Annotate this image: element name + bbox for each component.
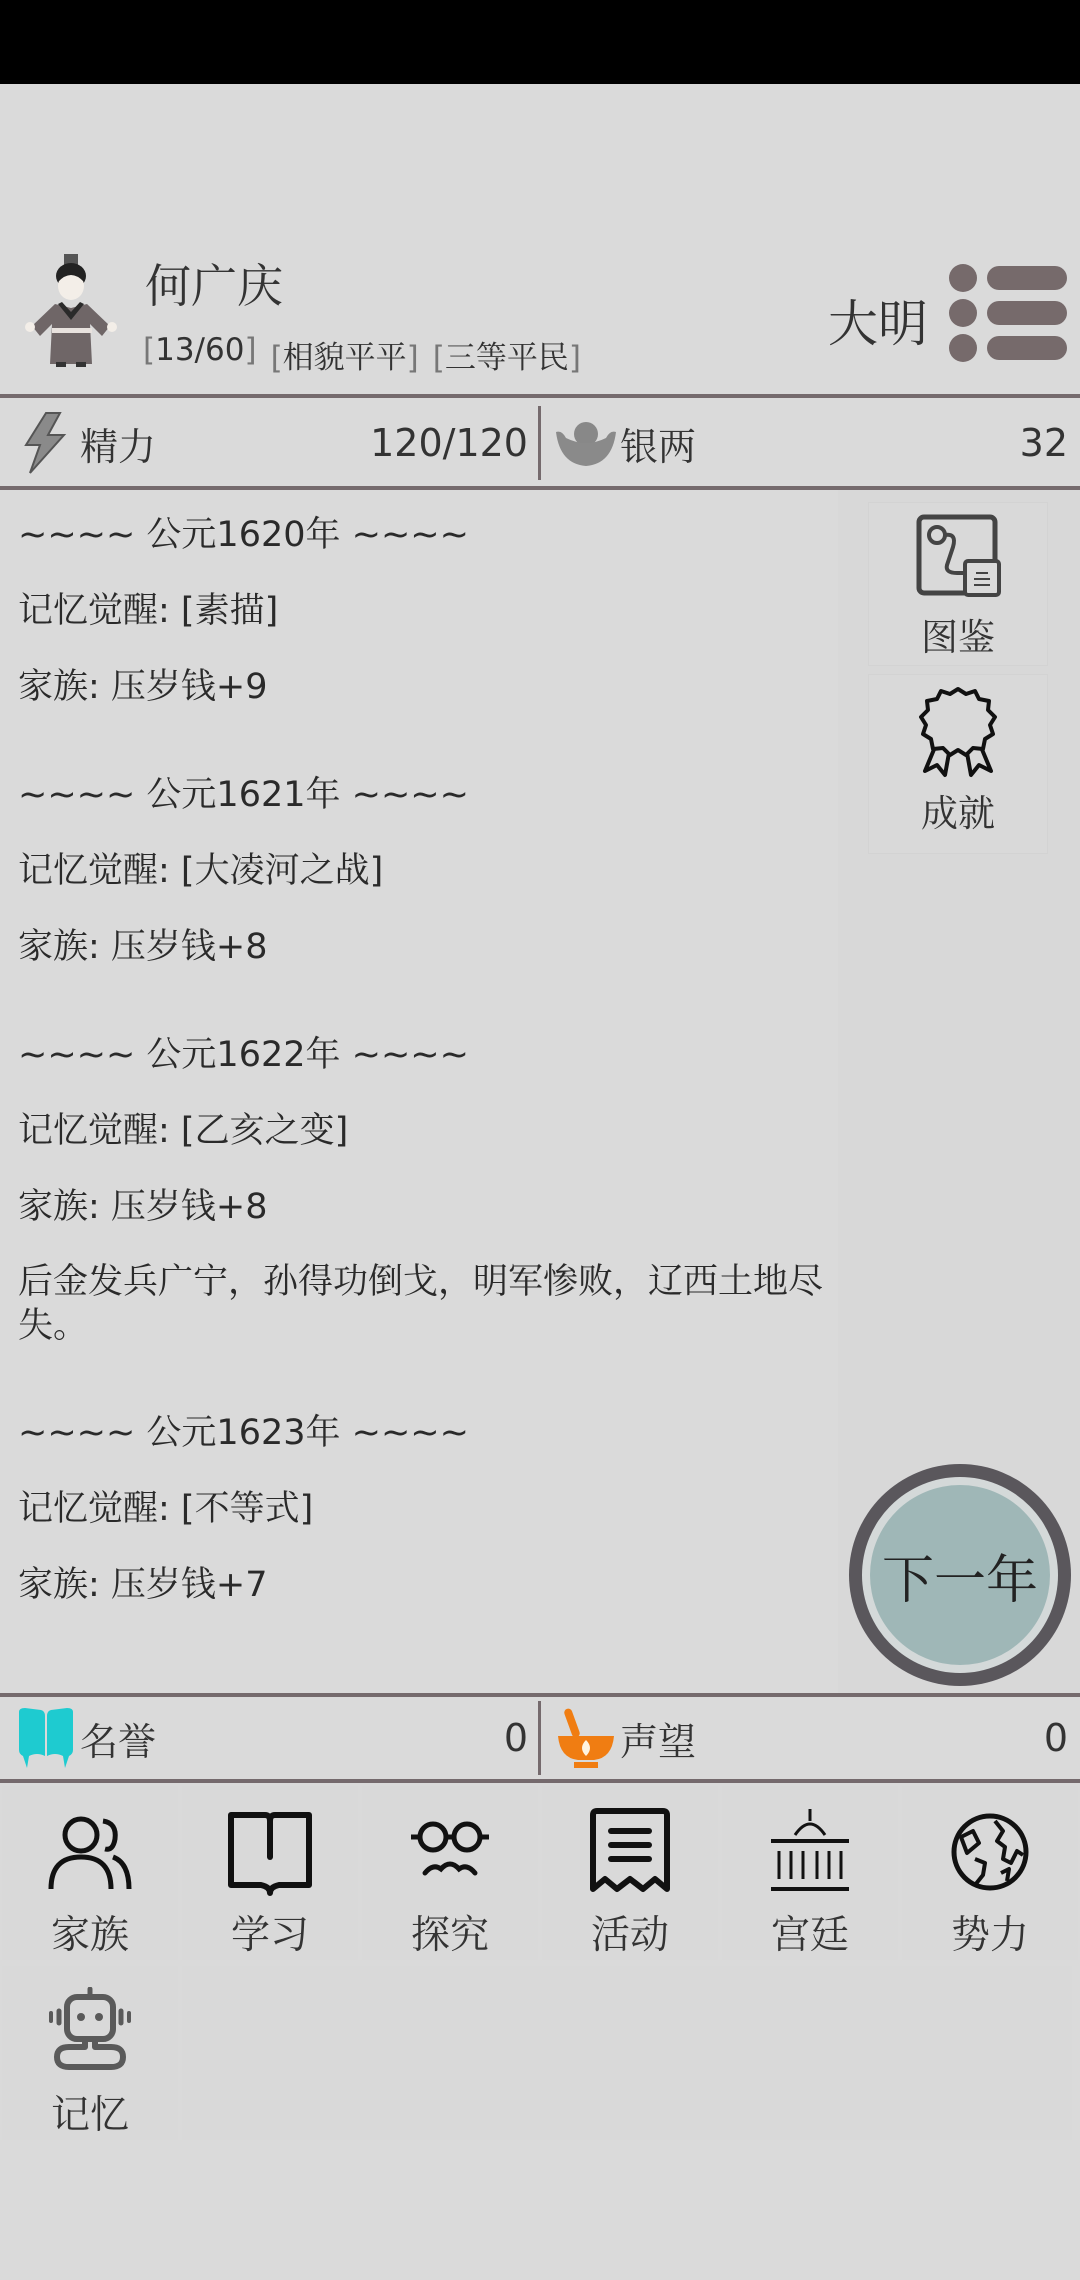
codex-button[interactable]: 图鉴 <box>868 502 1048 666</box>
age-tag: [13/60] <box>143 332 257 377</box>
robot-icon <box>42 1984 138 2080</box>
list-menu-icon <box>945 258 1070 368</box>
nav-memory[interactable]: 记忆 <box>2 1966 178 2140</box>
log-year-header: ~~~~ 公元1621年 ~~~~ <box>18 772 838 818</box>
appearance-tag: [相貌平平] <box>271 332 419 377</box>
book-bookmark-icon <box>14 1706 78 1770</box>
log-entry: 记忆觉醒: [乙亥之变] <box>18 1108 838 1154</box>
log-year-header: ~~~~ 公元1620年 ~~~~ <box>18 512 838 558</box>
log-year-header: ~~~~ 公元1622年 ~~~~ <box>18 1032 838 1078</box>
honor-value: 0 <box>504 1716 528 1760</box>
divider <box>0 394 1080 398</box>
stat-prestige[interactable]: 声望 0 <box>540 1697 1080 1779</box>
divider <box>0 1779 1080 1783</box>
rank-tag: [三等平民] <box>433 332 581 377</box>
log-entry: 家族: 压岁钱+9 <box>18 664 838 710</box>
log-entry: 家族: 压岁钱+8 <box>18 1184 838 1230</box>
top-spacer <box>0 84 1080 222</box>
lightning-icon <box>14 411 78 475</box>
energy-value: 120/120 <box>370 421 528 465</box>
receipt-list-icon <box>582 1804 678 1900</box>
log-year-header: ~~~~ 公元1623年 ~~~~ <box>18 1410 838 1456</box>
avatar[interactable] <box>10 246 135 371</box>
silver-value: 32 <box>1020 421 1068 465</box>
nav-court[interactable]: 宫廷 <box>722 1786 898 1960</box>
player-name: 何广庆 <box>145 250 283 316</box>
log-entry: 后金发兵广宁，孙得功倒戈，明军惨败，辽西土地尽失。 <box>18 1260 828 1348</box>
silver-ingot-icon <box>554 411 618 475</box>
stat-honor[interactable]: 名誉 0 <box>0 1697 540 1779</box>
log-entry: 记忆觉醒: [不等式] <box>18 1486 838 1532</box>
scholar-avatar-icon <box>10 246 135 371</box>
award-badge-icon <box>913 683 1003 779</box>
mortar-icon <box>554 1706 618 1770</box>
log-entry: 家族: 压岁钱+8 <box>18 924 838 970</box>
nav-research[interactable]: 探究 <box>362 1786 538 1960</box>
status-bar <box>0 0 1080 84</box>
prestige-value: 0 <box>1044 1716 1068 1760</box>
nav-study[interactable]: 学习 <box>182 1786 358 1960</box>
menu-button[interactable] <box>945 258 1070 368</box>
dynasty-label: 大明 <box>828 284 928 356</box>
nav-activities[interactable]: 活动 <box>542 1786 718 1960</box>
stat-energy[interactable]: 精力 120/120 <box>0 402 540 484</box>
study-book-icon <box>222 1804 318 1900</box>
codex-icon <box>913 513 1003 603</box>
globe-icon <box>942 1804 1038 1900</box>
log-entry: 记忆觉醒: [大凌河之战] <box>18 848 838 894</box>
glasses-icon <box>402 1804 498 1900</box>
player-header: 何广庆 [13/60] [相貌平平] [三等平民] 大明 <box>0 222 1080 394</box>
next-year-button[interactable]: 下一年 <box>849 1464 1071 1686</box>
log-entry: 家族: 压岁钱+7 <box>18 1562 838 1608</box>
player-tags: [13/60] [相貌平平] [三等平民] <box>143 332 581 377</box>
nav-family[interactable]: 家族 <box>2 1786 178 1960</box>
achievements-button[interactable]: 成就 <box>868 674 1048 854</box>
nav-empty-slot <box>182 1966 1072 2140</box>
nav-factions[interactable]: 势力 <box>902 1786 1078 1960</box>
stat-silver[interactable]: 银两 32 <box>540 402 1080 484</box>
palace-icon <box>762 1804 858 1900</box>
event-log[interactable]: ~~~~ 公元1620年 ~~~~ 记忆觉醒: [素描] 家族: 压岁钱+9 ~… <box>0 490 838 1693</box>
top-stats-bar: 精力 120/120 银两 32 <box>0 402 1080 484</box>
family-icon <box>42 1804 138 1900</box>
bottom-stats-bar: 名誉 0 声望 0 <box>0 1697 1080 1779</box>
log-entry: 记忆觉醒: [素描] <box>18 588 838 634</box>
